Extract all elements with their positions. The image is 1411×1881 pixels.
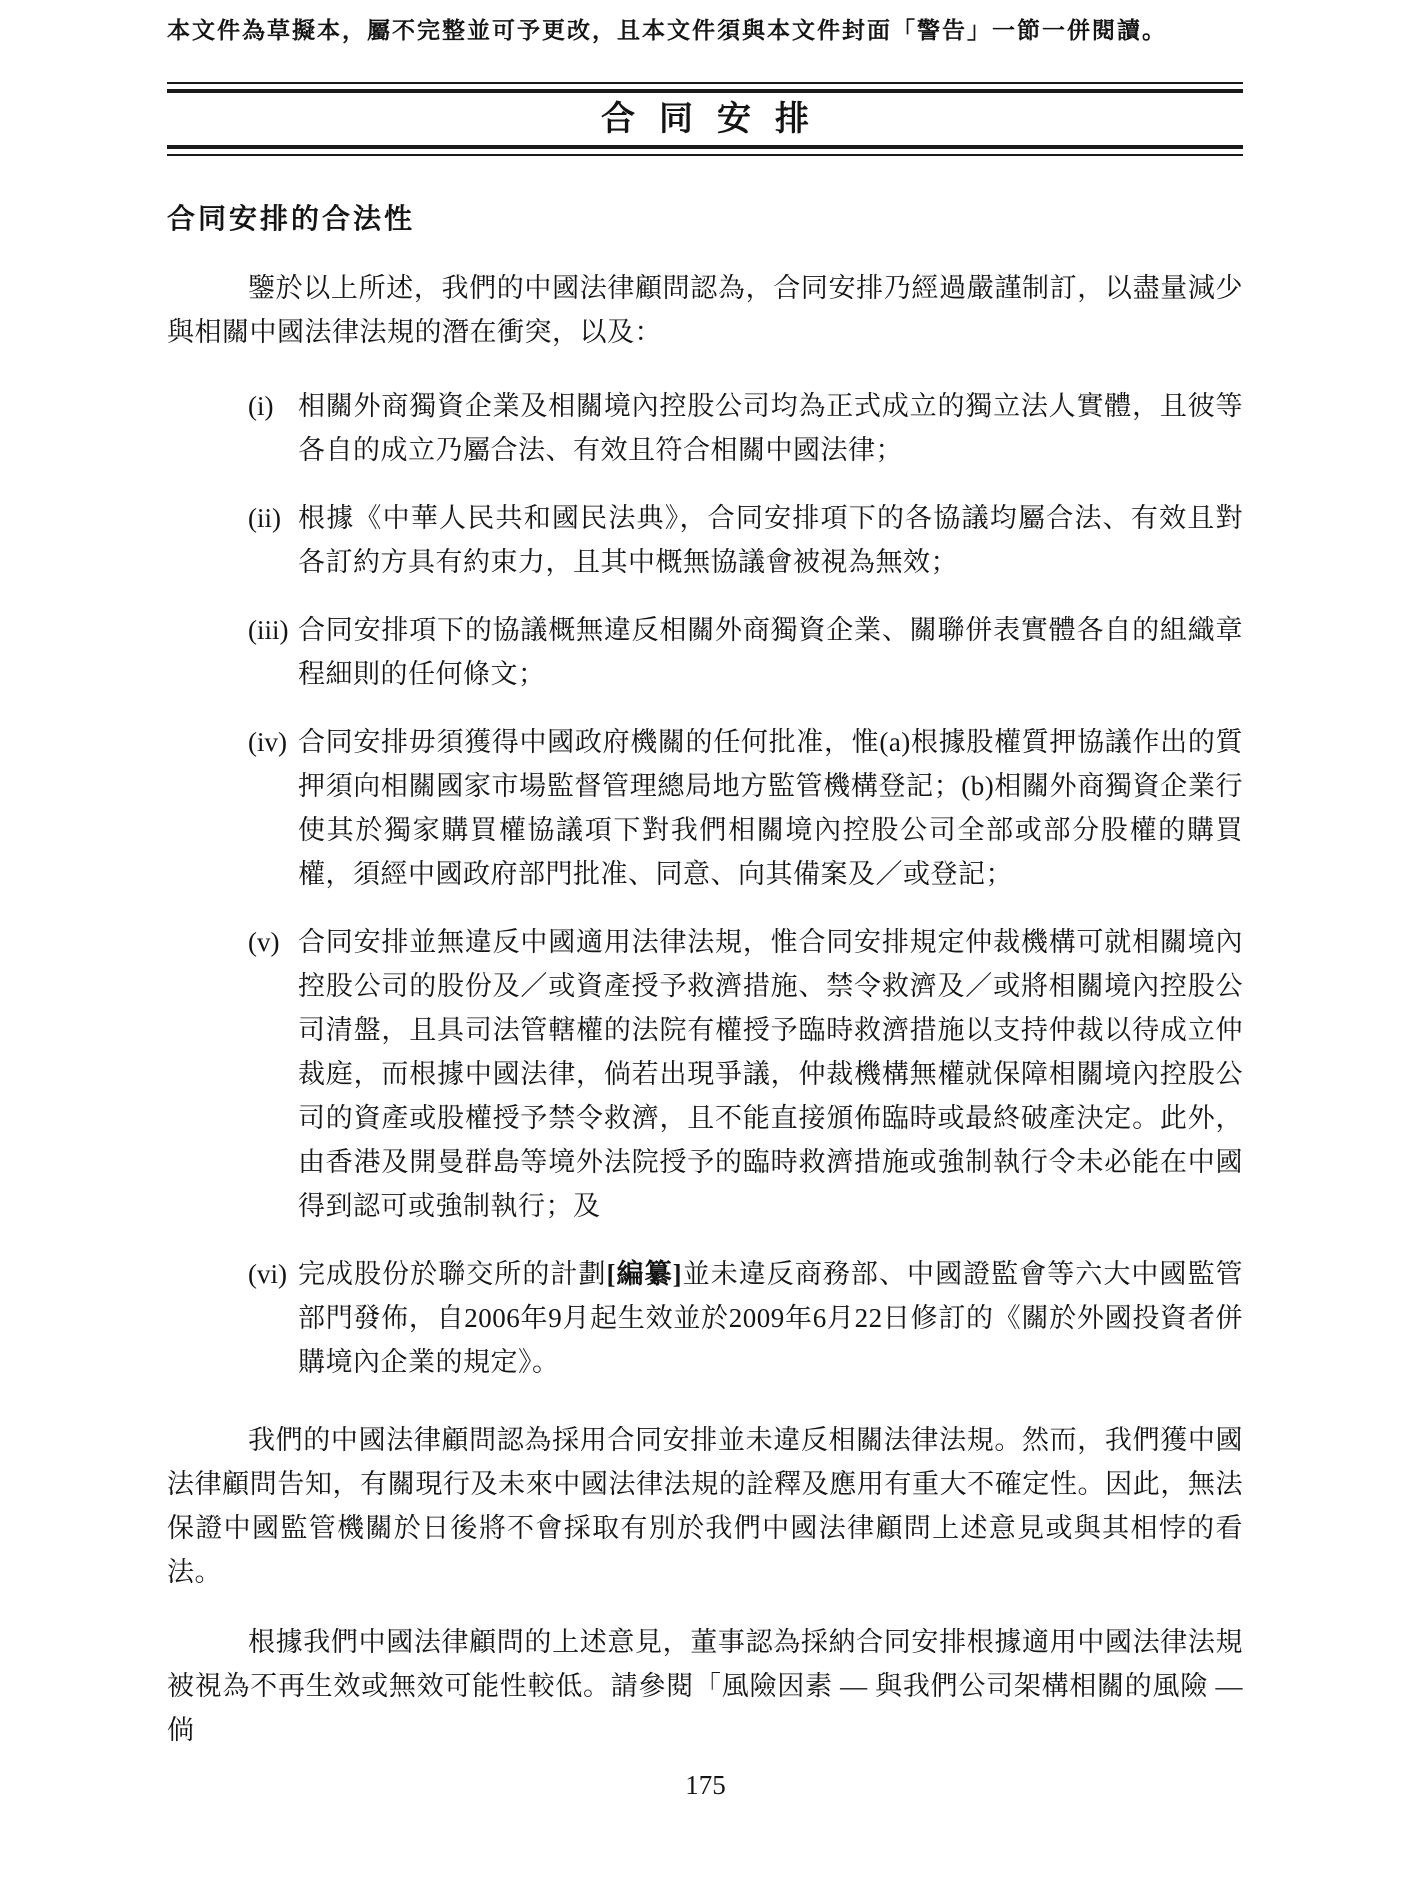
page-title: 合同安排: [167, 93, 1243, 145]
list-item-text: 合同安排項下的協議概無違反相關外商獨資企業、關聯併表實體各自的組織章程細則的任何…: [298, 615, 1243, 689]
list-item-text: 完成股份於聯交所的計劃[編纂]並未違反商務部、中國證監會等六大中國監管部門發佈，…: [298, 1259, 1243, 1377]
list-item-text: 根據《中華人民共和國民法典》，合同安排項下的各協議均屬合法、有效且對各訂約方具有…: [298, 503, 1243, 577]
list-marker-v: (v): [248, 920, 279, 964]
section-heading: 合同安排的合法性: [167, 202, 1243, 238]
title-rule-top: [167, 82, 1243, 93]
list-marker-iii: (iii): [248, 608, 289, 652]
list-marker-ii: (ii): [248, 496, 281, 540]
list-item-iv: (iv) 合同安排毋須獲得中國政府機關的任何批准，惟(a)根據股權質押協議作出的…: [167, 720, 1243, 896]
document-page: 本文件為草擬本，屬不完整並可予更改，且本文件須與本文件封面「警告」一節一併閱讀。…: [0, 0, 1411, 1881]
list-item-text: 相關外商獨資企業及相關境內控股公司均為正式成立的獨立法人實體，且彼等各自的成立乃…: [298, 391, 1243, 465]
list-item-text-before: 完成股份於聯交所的計劃: [298, 1259, 607, 1289]
list-item-text: 合同安排並無違反中國適用法律法規，惟合同安排規定仲裁機構可就相關境內控股公司的股…: [298, 927, 1243, 1221]
list-item-i: (i) 相關外商獨資企業及相關境內控股公司均為正式成立的獨立法人實體，且彼等各自…: [167, 384, 1243, 472]
title-band: 合同安排: [167, 82, 1243, 156]
list-item-text: 合同安排毋須獲得中國政府機關的任何批准，惟(a)根據股權質押協議作出的質押須向相…: [298, 727, 1243, 889]
title-rule-bottom: [167, 145, 1243, 156]
list-item-vi: (vi) 完成股份於聯交所的計劃[編纂]並未違反商務部、中國證監會等六大中國監管…: [167, 1252, 1243, 1384]
list-item-v: (v) 合同安排並無違反中國適用法律法規，惟合同安排規定仲裁機構可就相關境內控股…: [167, 920, 1243, 1228]
list-item-ii: (ii) 根據《中華人民共和國民法典》，合同安排項下的各協議均屬合法、有效且對各…: [167, 496, 1243, 584]
list-marker-vi: (vi): [248, 1252, 287, 1296]
redacted-label: [編纂]: [607, 1259, 683, 1289]
list-marker-i: (i): [248, 384, 273, 428]
list-item-iii: (iii) 合同安排項下的協議概無違反相關外商獨資企業、關聯併表實體各自的組織章…: [167, 608, 1243, 696]
draft-disclaimer: 本文件為草擬本，屬不完整並可予更改，且本文件須與本文件封面「警告」一節一併閱讀。: [167, 16, 1243, 46]
closing-paragraph-1: 我們的中國法律顧問認為採用合同安排並未違反相關法律法規。然而，我們獲中國法律顧問…: [167, 1418, 1243, 1594]
list-marker-iv: (iv): [248, 720, 287, 764]
page-number: 175: [0, 1768, 1411, 1802]
intro-paragraph: 鑒於以上所述，我們的中國法律顧問認為，合同安排乃經過嚴謹制訂，以盡量減少與相關中…: [167, 266, 1243, 354]
closing-paragraph-2: 根據我們中國法律顧問的上述意見，董事認為採納合同安排根據適用中國法律法規被視為不…: [167, 1620, 1243, 1752]
legal-opinion-list: (i) 相關外商獨資企業及相關境內控股公司均為正式成立的獨立法人實體，且彼等各自…: [167, 384, 1243, 1384]
